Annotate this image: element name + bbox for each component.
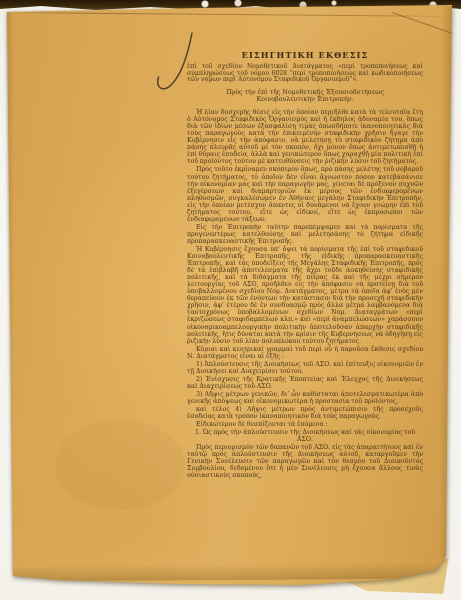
paragraph: Πρὸς τοῦτο ἐκρίναμεν σκόπιμον ὅπως, πρὸ … xyxy=(187,166,423,222)
document-addressee: Πρὸς τὴν ἐπὶ τῆς Νομοθετικῆς Ἐξουσιοδοτή… xyxy=(214,89,396,103)
left-edge-shading xyxy=(7,12,14,576)
paragraph: Εἰς τὴν Ἐπιτροπὴν ταύτην παρεπέμψαμεν κα… xyxy=(187,224,423,245)
horizontal-fold-crease xyxy=(6,12,453,17)
list-item: 2) Ἐνίσχυσις τῆς Κρατικῆς Ἐποπτείας καὶ … xyxy=(187,376,423,390)
paper-texture-stain xyxy=(55,420,185,510)
transition-line: Εἰδικώτερον δὲ θεσπίζονται τὰ ἑπόμενα : xyxy=(187,421,423,428)
paragraph: Ἡ λίαν δυσχερὴς θέσις εἰς τὴν ὁποίαν περ… xyxy=(187,109,423,165)
document-paper-sheet: ΕΙΣΗΓΗΤΙΚΗ ΕΚΘΕΣΙΣ ἐπὶ τοῦ σχεδίου Νομοθ… xyxy=(0,0,461,600)
closing-paragraph: Πρὸς περιορισμὸν τῶν δαπανῶν τοῦ ΑΣΟ. εἰ… xyxy=(187,444,423,479)
paragraph: Ἡ Κυβέρνησις ἔχουσα ὑπ’ ὄψει τὰ πορίσματ… xyxy=(187,246,423,345)
list-item: καὶ τέλος 4) Λῆψις μέτρων πρὸς ἀντιμετώπ… xyxy=(187,406,423,420)
section-heading: 1. Ὡς πρὸς τὴν ἁπλούστευσιν τῆς Διοικήσε… xyxy=(187,429,423,443)
scanned-document-page: ΕΙΣΗΓΗΤΙΚΗ ΕΚΘΕΣΙΣ ἐπὶ τοῦ σχεδίου Νομοθ… xyxy=(0,0,461,600)
document-title: ΕΙΣΗΓΗΤΙΚΗ ΕΚΘΕΣΙΣ xyxy=(187,50,423,60)
paper-shadow-wrap: ΕΙΣΗΓΗΤΙΚΗ ΕΚΘΕΣΙΣ ἐπὶ τοῦ σχεδίου Νομοθ… xyxy=(0,0,461,600)
paragraph: Κύριαι καὶ κεντρικαὶ γραμμαὶ τοῦ περὶ οὗ… xyxy=(187,346,423,360)
right-edge-shading xyxy=(439,6,452,562)
bottom-edge-shading xyxy=(12,562,442,581)
list-item: 1) Ἁπλούστευσις τῆς Διοικήσεως τοῦ ΑΣΟ. … xyxy=(187,361,423,375)
list-item: 3) Λῆψις μέτρων γενικῶν, δι’ ὧν καθίστατ… xyxy=(187,391,423,405)
document-subject: ἐπὶ τοῦ σχεδίου Νομοθετικοῦ Διατάγματος … xyxy=(187,64,423,84)
document-body: ΕΙΣΗΓΗΤΙΚΗ ΕΚΘΕΣΙΣ ἐπὶ τοῦ σχεδίου Νομοθ… xyxy=(187,50,423,481)
